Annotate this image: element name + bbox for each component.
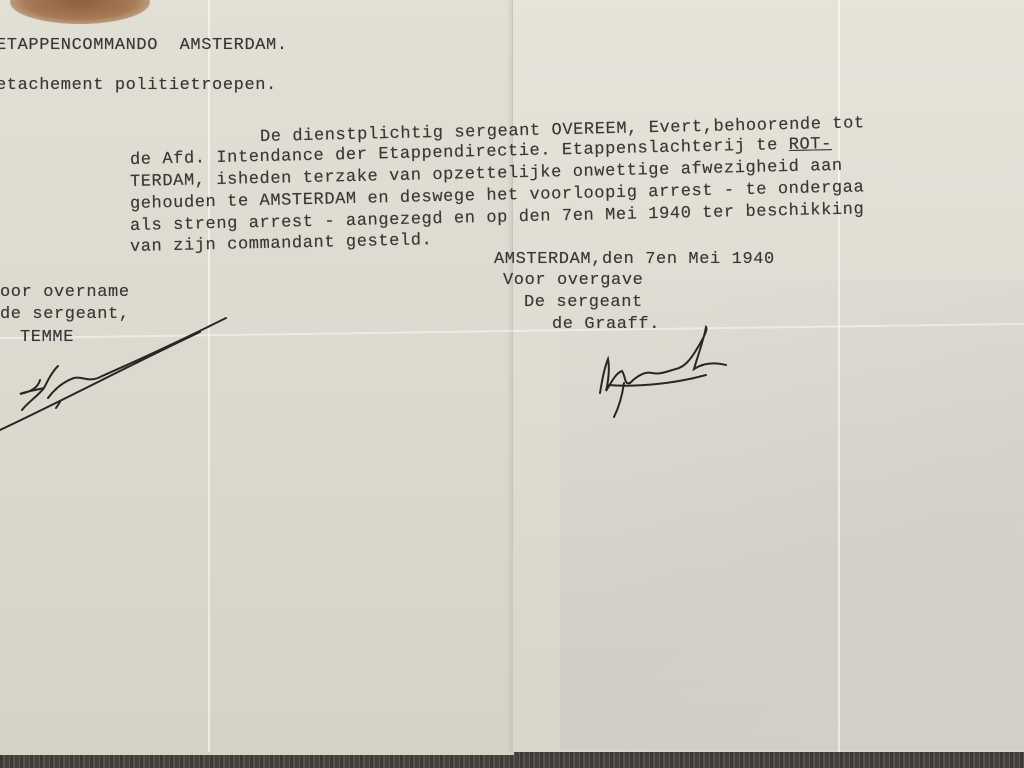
right-block-line2: De sergeant: [524, 293, 643, 312]
underlined-word: ROT-: [789, 135, 833, 155]
place-date: AMSTERDAM,den 7en Mei 1940: [494, 250, 775, 269]
signature-de-graaff-icon: [590, 325, 740, 425]
left-block-line1: oor overname: [0, 283, 130, 302]
fold-line: [838, 0, 840, 752]
header-command: ETAPPENCOMMANDO AMSTERDAM.: [0, 36, 288, 55]
header-detachment: etachement politietroepen.: [0, 76, 277, 95]
right-block-line1: Voor overgave: [503, 271, 643, 290]
signature-temme-icon: [0, 310, 240, 440]
